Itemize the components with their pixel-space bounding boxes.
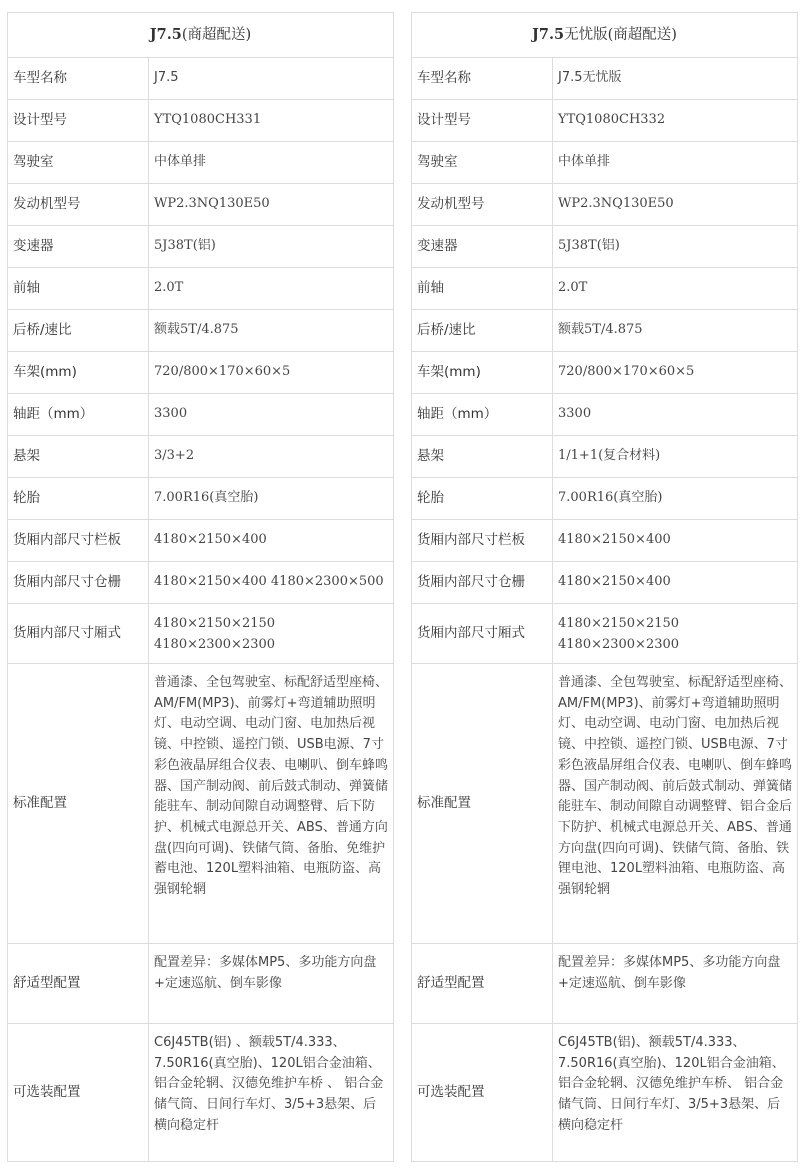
row-value: 额载5T/4.875 [149,310,394,352]
row-value: YTQ1080CH331 [149,100,394,142]
row-label: 驾驶室 [412,142,553,184]
row-label: 货厢内部尺寸厢式 [412,604,553,664]
row-value: 5J38T(铝) [149,226,394,268]
row-value: 中体单排 [553,142,798,184]
table-row: 后桥/速比额载5T/4.875 [8,310,394,352]
model-variant: (商超配送) [182,27,251,43]
row-label: 货厢内部尺寸栏板 [412,520,553,562]
row-label: 货厢内部尺寸栏板 [8,520,149,562]
row-value: WP2.3NQ130E50 [149,184,394,226]
row-label: 货厢内部尺寸仓栅 [8,562,149,604]
row-label: 标准配置 [412,664,553,944]
row-label: 设计型号 [412,100,553,142]
table-row: 货厢内部尺寸仓栅4180×2150×400 4180×2300×500 [8,562,394,604]
row-value: 3/3+2 [149,436,394,478]
row-value: 配置差异：多媒体MP5、多功能方向盘+定速巡航、倒车影像 [149,944,394,1024]
row-label: 前轴 [8,268,149,310]
row-value: 配置差异：多媒体MP5、多功能方向盘+定速巡航、倒车影像 [553,944,798,1024]
row-value: 中体单排 [149,142,394,184]
table-row: 变速器5J38T(铝) [412,226,798,268]
table-title: J7.5(商超配送) [8,13,394,58]
row-label: 货厢内部尺寸仓栅 [412,562,553,604]
row-value: J7.5 [149,58,394,100]
table-row: 轴距（mm）3300 [412,394,798,436]
row-label: 车架(mm) [8,352,149,394]
table-row: 发动机型号WP2.3NQ130E50 [8,184,394,226]
row-label: 轮胎 [412,478,553,520]
table-row: 货厢内部尺寸仓栅4180×2150×400 [412,562,798,604]
row-label: 悬架 [8,436,149,478]
table-row: 车型名称J7.5无忧版 [412,58,798,100]
row-value: 4180×2150×2150 4180×2300×2300 [149,604,394,664]
row-value: 2.0T [553,268,798,310]
row-value: 5J38T(铝) [553,226,798,268]
row-value: 4180×2150×400 [553,562,798,604]
table-row: 货厢内部尺寸厢式4180×2150×2150 4180×2300×2300 [8,604,394,664]
row-label: 轴距（mm） [412,394,553,436]
row-label: 发动机型号 [412,184,553,226]
table-row: 货厢内部尺寸栏板4180×2150×400 [8,520,394,562]
row-value: 4180×2150×400 4180×2300×500 [149,562,394,604]
row-label: 悬架 [412,436,553,478]
table-row: 后桥/速比额载5T/4.875 [412,310,798,352]
row-label: 驾驶室 [8,142,149,184]
table-row: 驾驶室中体单排 [412,142,798,184]
row-value: 720/800×170×60×5 [553,352,798,394]
row-label: 轮胎 [8,478,149,520]
table-row: 轮胎7.00R16(真空胎) [412,478,798,520]
model-variant: 无忧版(商超配送) [564,27,677,43]
table-row: 前轴2.0T [8,268,394,310]
row-label: 标准配置 [8,664,149,944]
table-title: J7.5无忧版(商超配送) [412,13,798,58]
row-value: 7.00R16(真空胎) [553,478,798,520]
row-label: 设计型号 [8,100,149,142]
table-row: 货厢内部尺寸栏板4180×2150×400 [412,520,798,562]
row-label: 后桥/速比 [412,310,553,352]
row-value: 1/1+1(复合材料) [553,436,798,478]
table-row: 发动机型号WP2.3NQ130E50 [412,184,798,226]
row-label: 变速器 [8,226,149,268]
row-value: 4180×2150×400 [149,520,394,562]
row-label: 变速器 [412,226,553,268]
row-value: 720/800×170×60×5 [149,352,394,394]
row-label: 车架(mm) [412,352,553,394]
table-row: 悬架1/1+1(复合材料) [412,436,798,478]
row-value: C6J45TB(铝)、额载5T/4.333、7.50R16(真空胎)、120L铝… [553,1024,798,1162]
row-label: 货厢内部尺寸厢式 [8,604,149,664]
row-label: 可选装配置 [8,1024,149,1162]
row-value: 4180×2150×400 [553,520,798,562]
table-row: 标准配置普通漆、全包驾驶室、标配舒适型座椅、AM/FM(MP3)、前雾灯+弯道辅… [412,664,798,944]
table-row: 驾驶室中体单排 [8,142,394,184]
spec-table-j75: J7.5(商超配送) 车型名称J7.5 设计型号YTQ1080CH331 驾驶室… [7,12,394,1162]
row-value: YTQ1080CH332 [553,100,798,142]
table-row: 悬架3/3+2 [8,436,394,478]
table-row: 可选装配置C6J45TB(铝) 、额载5T/4.333、7.50R16(真空胎)… [8,1024,394,1162]
row-value: C6J45TB(铝) 、额载5T/4.333、7.50R16(真空胎)、120L… [149,1024,394,1162]
row-label: 车型名称 [8,58,149,100]
table-row: 车型名称J7.5 [8,58,394,100]
table-row: 设计型号YTQ1080CH331 [8,100,394,142]
row-label: 舒适型配置 [8,944,149,1024]
row-value: WP2.3NQ130E50 [553,184,798,226]
row-value: 4180×2150×2150 4180×2300×2300 [553,604,798,664]
row-value: 额载5T/4.875 [553,310,798,352]
table-row: 车架(mm)720/800×170×60×5 [8,352,394,394]
row-value: 7.00R16(真空胎) [149,478,394,520]
table-row: 轴距（mm）3300 [8,394,394,436]
row-value: 普通漆、全包驾驶室、标配舒适型座椅、AM/FM(MP3)、前雾灯+弯道辅助照明灯… [149,664,394,944]
row-label: 轴距（mm） [8,394,149,436]
table-row: 货厢内部尺寸厢式4180×2150×2150 4180×2300×2300 [412,604,798,664]
model-name: J7.5 [532,26,564,43]
table-row: 车架(mm)720/800×170×60×5 [412,352,798,394]
table-row: 标准配置普通漆、全包驾驶室、标配舒适型座椅、AM/FM(MP3)、前雾灯+弯道辅… [8,664,394,944]
model-name: J7.5 [150,26,182,43]
table-row: 设计型号YTQ1080CH332 [412,100,798,142]
table-row: 舒适型配置配置差异：多媒体MP5、多功能方向盘+定速巡航、倒车影像 [8,944,394,1024]
row-value: J7.5无忧版 [553,58,798,100]
row-value: 普通漆、全包驾驶室、标配舒适型座椅、AM/FM(MP3)、前雾灯+弯道辅助照明灯… [553,664,798,944]
row-label: 后桥/速比 [8,310,149,352]
row-label: 可选装配置 [412,1024,553,1162]
spec-table-j75-wuyou: J7.5无忧版(商超配送) 车型名称J7.5无忧版 设计型号YTQ1080CH3… [411,12,798,1162]
row-value: 3300 [553,394,798,436]
table-row: 前轴2.0T [412,268,798,310]
row-value: 3300 [149,394,394,436]
row-label: 舒适型配置 [412,944,553,1024]
table-row: 舒适型配置配置差异：多媒体MP5、多功能方向盘+定速巡航、倒车影像 [412,944,798,1024]
row-label: 车型名称 [412,58,553,100]
table-row: 变速器5J38T(铝) [8,226,394,268]
table-row: 轮胎7.00R16(真空胎) [8,478,394,520]
row-label: 发动机型号 [8,184,149,226]
row-label: 前轴 [412,268,553,310]
table-row: 可选装配置C6J45TB(铝)、额载5T/4.333、7.50R16(真空胎)、… [412,1024,798,1162]
row-value: 2.0T [149,268,394,310]
